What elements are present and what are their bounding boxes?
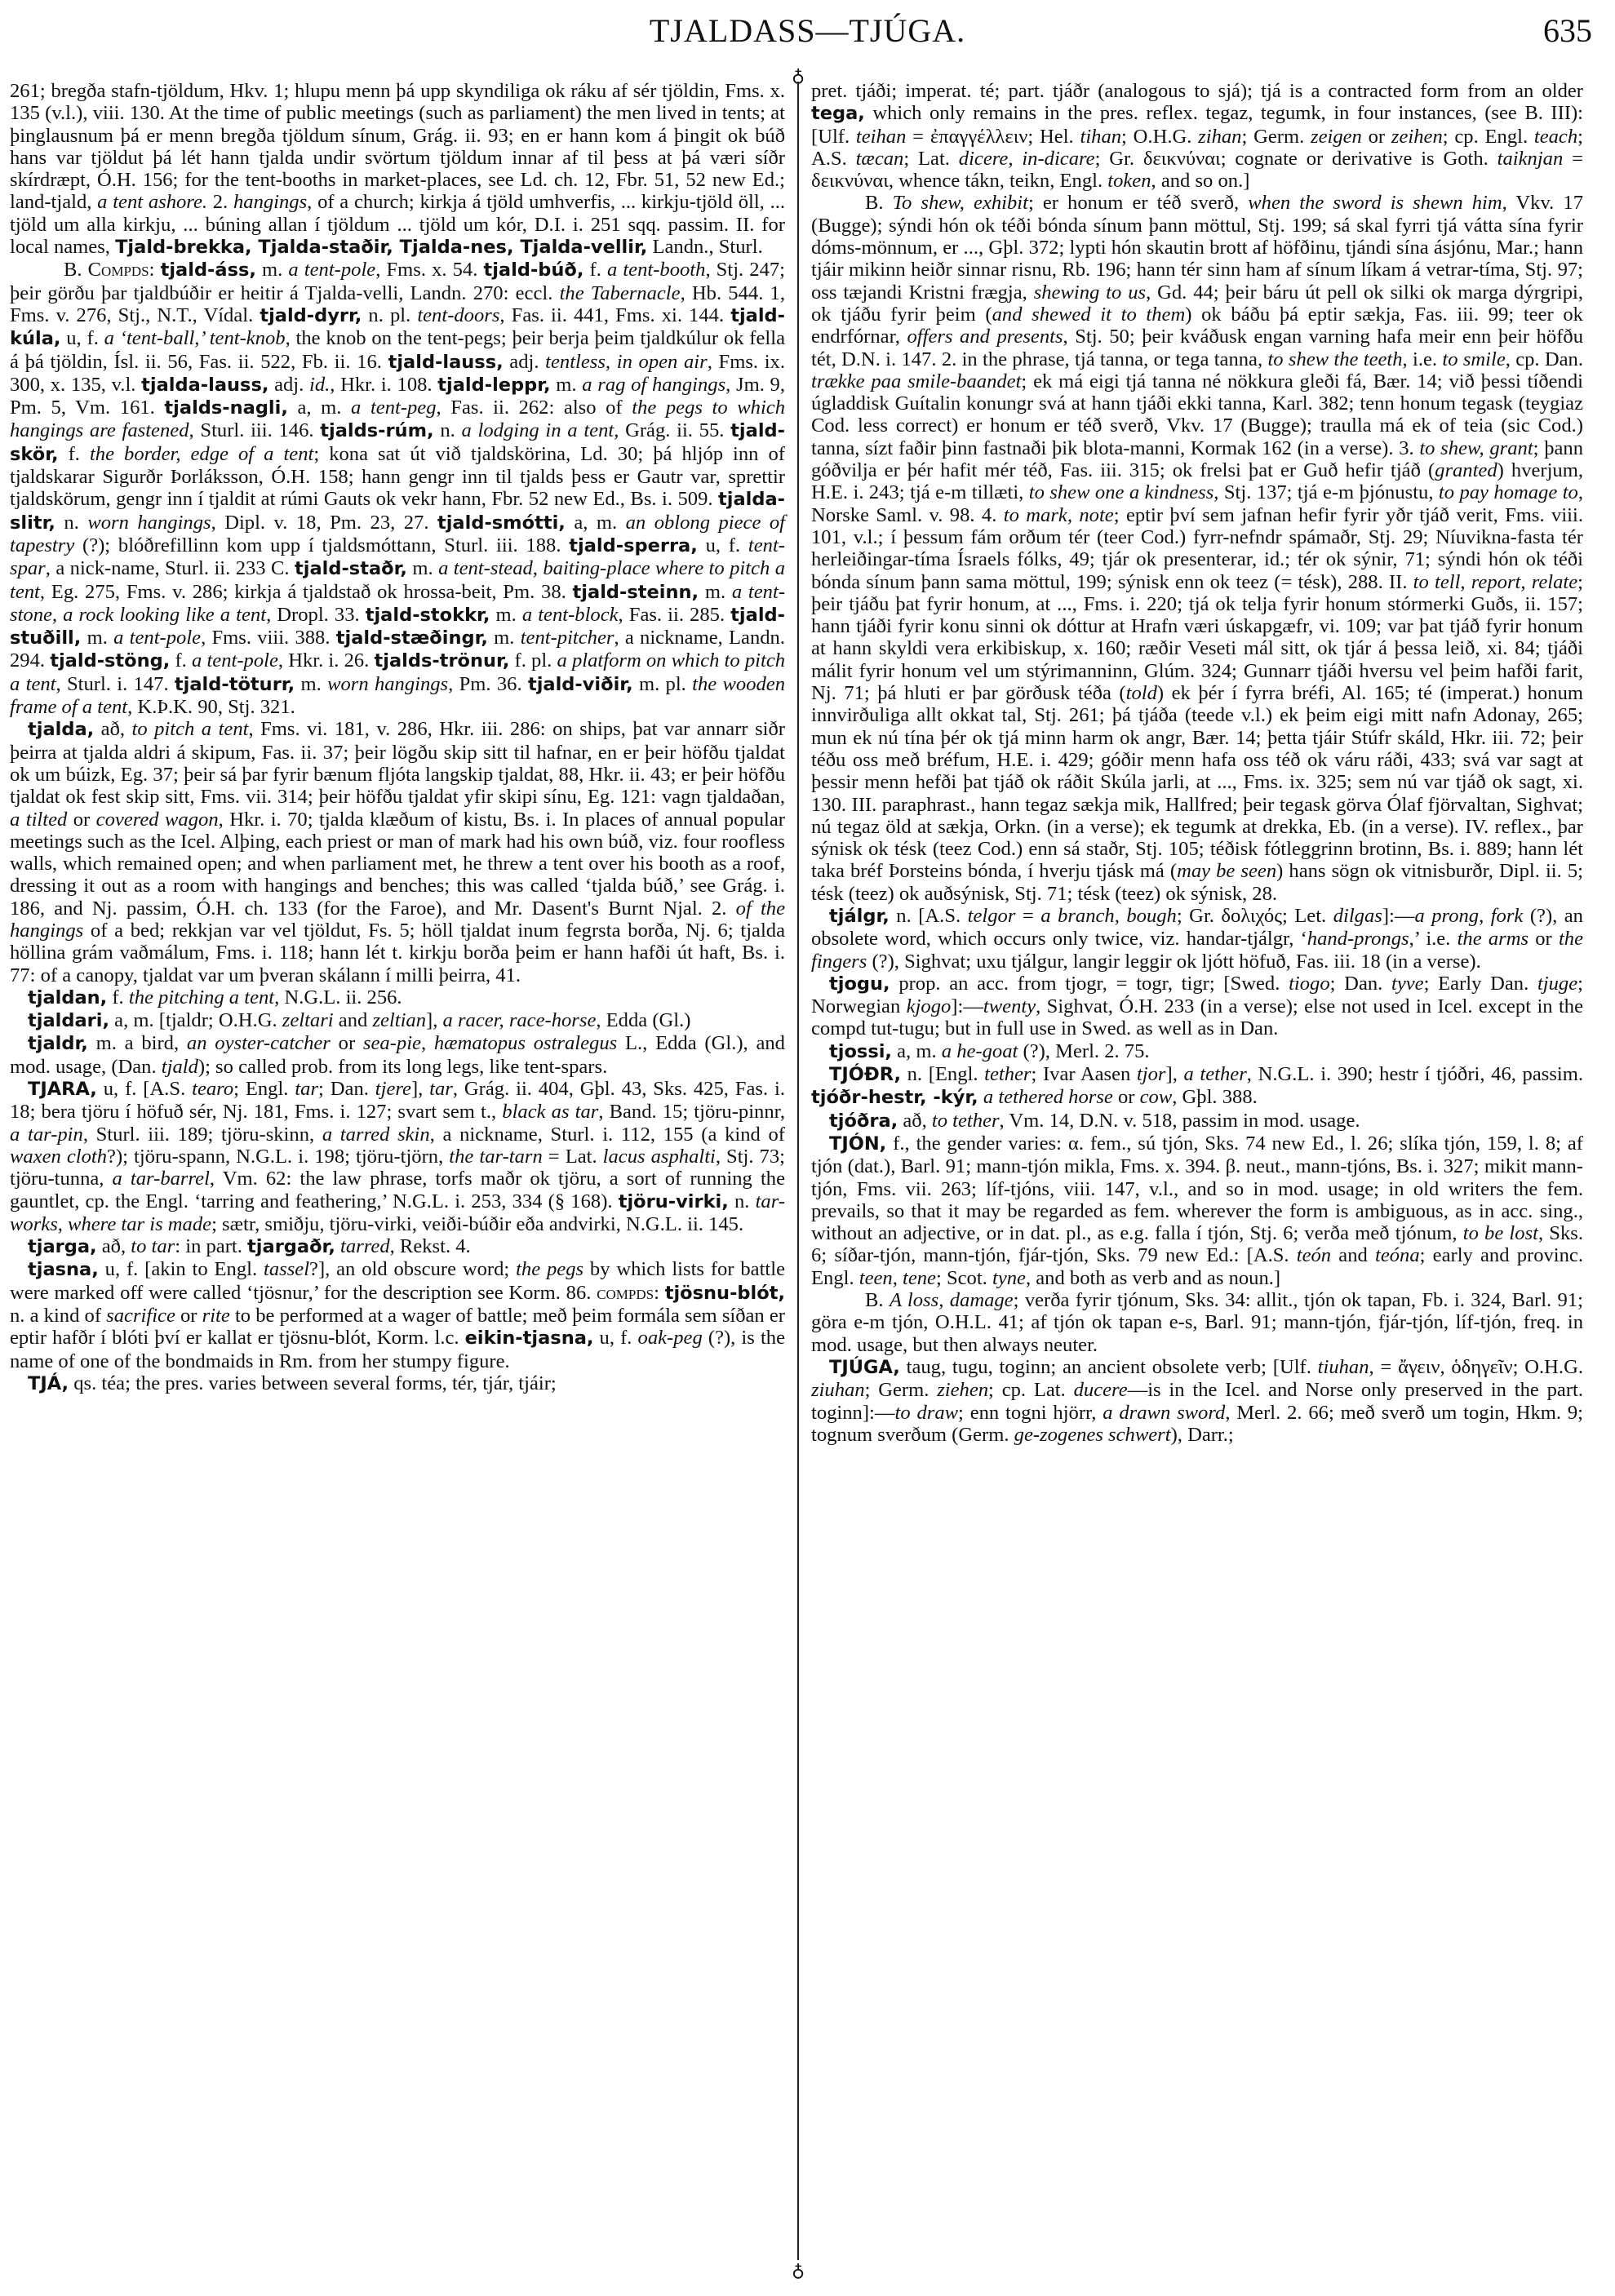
entry-text: m. (81, 627, 113, 649)
entry-text: , and both as verb and as noun.] (1026, 1267, 1280, 1289)
italic-gloss: tyne (992, 1267, 1026, 1289)
italic-gloss: a lodging in a tent (462, 419, 614, 441)
italic-gloss: rite (202, 1305, 230, 1327)
entry-text: að, (97, 1235, 131, 1257)
entry-text: and (1331, 1244, 1375, 1266)
italic-gloss: told (1126, 682, 1157, 704)
entry-text: (?); blóðrefillinn kom upp í tjaldsmótta… (74, 534, 569, 556)
entry-text: , K.Þ.K. 90, Stj. 321. (127, 696, 295, 718)
italic-gloss: a racer, race-horse (443, 1009, 597, 1031)
italic-gloss: tent-doors (417, 304, 499, 326)
entry-text: ; Gr. δολιχός; Let. (1177, 905, 1333, 927)
italic-gloss: to draw (894, 1402, 958, 1424)
italic-gloss: the pegs (516, 1258, 583, 1280)
italic-gloss: to be lost (1463, 1222, 1538, 1244)
italic-gloss: dicere, in-dicare (959, 148, 1095, 170)
italic-gloss: to shew the teeth (1267, 348, 1402, 370)
italic-gloss: A loss, damage (890, 1289, 1014, 1311)
italic-gloss: ducere (1074, 1379, 1128, 1401)
italic-gloss: worn hangings (327, 673, 448, 695)
entry-text: 2. (207, 191, 233, 213)
headword: tjóðr-hestr, -kýr, (811, 1087, 978, 1108)
entry-text: ], (411, 1078, 429, 1100)
entry-text: , Dropl. 33. (266, 604, 366, 626)
entry-text: adj. (504, 351, 546, 373)
headword: tjald-staðr, (295, 558, 407, 579)
entry-text: ]:— (951, 995, 983, 1017)
entry-text: , Sturl. iii. 189; tjöru-skinn, (83, 1124, 322, 1146)
headword: tjaldari, (28, 1010, 109, 1031)
headword: tjálgr, (829, 906, 890, 927)
italic-gloss: zeltari (282, 1009, 334, 1031)
small-caps-label: Compds (88, 259, 149, 281)
headword: tjösnu-blót, (665, 1283, 785, 1304)
entry-text: = ἐπαγγέλλειν; Hel. (906, 126, 1080, 148)
italic-gloss: a tar-pin (10, 1124, 83, 1146)
headword: tjald-leppr, (437, 375, 550, 396)
italic-gloss: a tent-pole (192, 649, 278, 672)
italic-gloss: a drawn sword (1103, 1402, 1225, 1424)
entry-text: , N.G.L. i. 390; hestr í tjóðri, 46, pas… (1247, 1063, 1583, 1085)
headword: tjasna, (28, 1259, 99, 1280)
entry-text: n. [A.S. (890, 905, 968, 927)
small-caps-label: compds (597, 1282, 654, 1304)
entry-text: , Sturl. i. 147. (56, 673, 175, 695)
entry-text: að, (94, 718, 131, 740)
entry-text: B. (64, 259, 88, 281)
dictionary-entry: tjasna, u, f. [akin to Engl. tassel?], a… (10, 1258, 785, 1372)
left-column: 261; bregða stafn-tjöldum, Hkv. 1; hlupu… (10, 80, 785, 1395)
entry-text: f. (170, 649, 192, 672)
entry-text: ,’ i.e. (1409, 928, 1457, 950)
headword: TJÁ, (28, 1373, 69, 1394)
entry-text: , Edda (Gl.) (596, 1009, 690, 1031)
italic-gloss: tyve (1391, 973, 1424, 995)
entry-text: : (149, 259, 161, 281)
entry-text: n. a kind of (10, 1305, 106, 1327)
italic-gloss: a tar-barrel (113, 1168, 210, 1190)
entry-text: n. pl. (362, 304, 417, 326)
italic-gloss: a tent ashore. (97, 191, 207, 213)
italic-gloss: the Tabernacle (560, 282, 681, 304)
entry-text: , Eg. 275, Fms. v. 286; kirkja á tjaldst… (40, 581, 573, 603)
entry-text: = Lat. (543, 1146, 603, 1168)
entry-text: f. (59, 443, 90, 465)
entry-text: or (175, 1305, 202, 1327)
entry-text: , N.G.L. ii. 256. (274, 986, 402, 1008)
entry-text: , Rekst. 4. (390, 1235, 471, 1257)
headword: tjaldr, (28, 1033, 88, 1054)
entry-text: u, f. (593, 1327, 637, 1349)
dictionary-entry: tjóðra, að, to tether, Vm. 14, D.N. v. 5… (811, 1110, 1583, 1132)
entry-text: , Dipl. v. 18, Pm. 23, 27. (211, 512, 437, 534)
headword: tjald-stöng, (50, 650, 170, 672)
entry-text: taug, tugu, toginn; an ancient obsolete … (900, 1356, 1318, 1378)
italic-gloss: ziuhan (811, 1379, 865, 1401)
italic-gloss: trække paa smile-baandet (811, 370, 1021, 392)
headword: tjargaðr, (247, 1236, 335, 1257)
entry-text: f. (583, 259, 607, 281)
headword: tjald-stæðingr, (336, 627, 488, 649)
italic-gloss: tiuhan (1318, 1356, 1369, 1378)
entry-text: ; Gr. δεικνύναι; cognate or derivative i… (1095, 148, 1497, 170)
entry-text: , Vm. 14, D.N. v. 518, passim in mod. us… (1000, 1110, 1360, 1132)
italic-gloss: zeigen (1311, 126, 1362, 148)
dictionary-entry: tjálgr, n. [A.S. telgor = a branch, boug… (811, 905, 1583, 973)
entry-text: ; Engl. (233, 1078, 295, 1100)
italic-gloss: tjuge (1537, 973, 1577, 995)
italic-gloss: a tethered horse (983, 1086, 1113, 1108)
dictionary-entry: TJÚGA, taug, tugu, toginn; an ancient ob… (811, 1356, 1583, 1446)
headword: tjald-búð, (483, 259, 583, 281)
italic-gloss: tiogo (1289, 973, 1330, 995)
headword: tjalda, (28, 719, 94, 740)
entry-text: , Gþl. 388. (1172, 1086, 1258, 1108)
entry-text: u, f. [akin to Engl. (99, 1258, 264, 1280)
italic-gloss: to pay homage to (1439, 481, 1578, 503)
italic-gloss: tæcan (856, 148, 904, 170)
italic-gloss: twenty (983, 995, 1036, 1017)
entry-text: of a bed; rekkjan var vel tjöldut, Fs. 5… (10, 920, 785, 986)
headword: tjogu, (829, 973, 890, 995)
entry-text: , Hkr. i. 26. (278, 649, 375, 672)
italic-gloss: teihan (856, 126, 906, 148)
entry-text: : (654, 1282, 665, 1304)
italic-gloss: a prong, fork (1414, 905, 1523, 927)
entry-text: m. (490, 604, 521, 626)
italic-gloss: tearo (192, 1078, 233, 1100)
entry-text: m. (699, 581, 732, 603)
dictionary-entry: B. To shew, exhibit; er honum er téð sve… (811, 192, 1583, 905)
italic-gloss: a tent-booth (607, 259, 705, 281)
entry-text: , a nick-name, Sturl. ii. 233 C. (46, 557, 295, 579)
italic-gloss: tent-pitcher (521, 627, 614, 649)
entry-text: m. (256, 259, 288, 281)
headword: tjaldan, (28, 987, 107, 1008)
italic-gloss: tether (984, 1063, 1031, 1085)
headword: tjalds-rúm, (320, 420, 433, 441)
right-column: pret. tjáði; imperat. té; part. tjáðr (a… (811, 80, 1583, 1446)
entry-text: and (334, 1009, 373, 1031)
italic-gloss: ziehen (937, 1379, 988, 1401)
entry-text: ); so called prob. from its long legs, l… (198, 1056, 607, 1078)
italic-gloss: covered wagon (96, 809, 219, 831)
entry-text: m. pl. (633, 673, 693, 695)
headword: tjossi, (829, 1041, 892, 1062)
italic-gloss: a tether (1183, 1063, 1246, 1085)
italic-gloss: an oyster-catcher (187, 1032, 331, 1054)
italic-gloss: tjald (162, 1056, 198, 1078)
dictionary-entry: tjalda, að, to pitch a tent, Fms. vi. 18… (10, 718, 785, 986)
italic-gloss: to tell, report, relate (1413, 571, 1577, 593)
italic-gloss: tjere (375, 1078, 411, 1100)
italic-gloss: zeihen (1391, 126, 1443, 148)
entry-text: , Fms. x. 54. (375, 259, 483, 281)
italic-gloss: sea-pie, hæmatopus ostralegus (363, 1032, 617, 1054)
continued-entry: 261; bregða stafn-tjöldum, Hkv. 1; hlupu… (10, 80, 785, 259)
italic-gloss: a tarred skin (322, 1124, 430, 1146)
entry-text: u, f. (698, 534, 748, 556)
entry-text: , Fms. viii. 388. (201, 627, 336, 649)
italic-gloss: token (1107, 170, 1151, 192)
italic-gloss: to smile (1442, 348, 1505, 370)
headword: tjalds-nagli, (164, 397, 287, 419)
entry-text: ; Scot. (936, 1267, 992, 1289)
dictionary-entry: tjaldr, m. a bird, an oyster-catcher or … (10, 1032, 785, 1078)
entry-text: a, m. (892, 1040, 942, 1062)
italic-gloss: a ‘tent-ball,’ tent-knob (104, 327, 286, 349)
entry-text: qs. téa; the pres. varies between severa… (69, 1372, 557, 1394)
italic-gloss: lacus asphalti (603, 1146, 716, 1168)
italic-gloss: sacrifice (106, 1305, 175, 1327)
italic-gloss: waxen cloth (10, 1146, 107, 1168)
italic-gloss: a he-goat (942, 1040, 1018, 1062)
headword: tjalda-lauss, (141, 375, 268, 396)
entry-text: a, m. [tjaldr; O.H.G. (109, 1009, 282, 1031)
entry-text: n. (434, 419, 462, 441)
entry-text: ; Germ. (865, 1379, 938, 1401)
entry-text: , Fas. ii. 441, Fms. xi. 144. (499, 304, 730, 326)
entry-text: , Fas. ii. 285. (619, 604, 731, 626)
headword: tjald-lauss, (388, 352, 504, 373)
entry-text: , Sturl. iii. 146. (189, 419, 321, 441)
italic-gloss: teón (1297, 1244, 1331, 1266)
italic-gloss: a tent-block (522, 604, 619, 626)
italic-gloss: may be seen (1177, 860, 1276, 882)
headword: tjald-steinn, (573, 582, 699, 603)
page-number: 635 (1543, 11, 1592, 50)
italic-gloss: a tent-peg (351, 397, 436, 419)
entry-text: or (67, 809, 95, 831)
headword: TJÓÐR, (829, 1064, 901, 1085)
entry-text: (?), Sighvat; uxu tjálgur, langir leggir… (867, 951, 1480, 973)
italic-gloss: black as tar (502, 1101, 598, 1123)
italic-gloss: the arms (1457, 928, 1528, 950)
italic-gloss: the tar-tarn (449, 1146, 542, 1168)
continued-entry: pret. tjáði; imperat. té; part. tjáðr (a… (811, 80, 1583, 192)
italic-gloss: when the sword is shewn him (1248, 192, 1502, 214)
italic-gloss: tihan (1080, 126, 1121, 148)
entry-text: ), Darr.; (1171, 1424, 1234, 1446)
entry-text: , Hkr. i. 108. (330, 374, 437, 396)
dictionary-entry: tjogu, prop. an acc. from tjogr, = togr,… (811, 973, 1583, 1040)
entry-text: ], (426, 1009, 443, 1031)
italic-gloss: id. (309, 374, 330, 396)
entry-text: = (1015, 905, 1040, 927)
italic-gloss: hangings (233, 191, 307, 213)
entry-text: , a nickname, Sturl. i. 112, 155 (a kind… (430, 1124, 785, 1146)
fleuron-bottom-icon: ♁ (792, 2262, 805, 2280)
entry-text: , cp. Dan. (1506, 348, 1583, 370)
italic-gloss: to shew one a kindness (1029, 481, 1214, 503)
italic-gloss: worn hangings (87, 512, 211, 534)
italic-gloss: tar (429, 1078, 453, 1100)
italic-gloss: to tether (932, 1110, 1000, 1132)
italic-gloss: to mark, note (1004, 504, 1114, 526)
italic-gloss: To shew, exhibit (893, 192, 1028, 214)
entry-text: (?), Merl. 2. 75. (1018, 1040, 1149, 1062)
headword: tjöru-virki, (619, 1191, 729, 1212)
italic-gloss: dilgas (1333, 905, 1382, 927)
italic-gloss: the border, edge of a tent (90, 443, 313, 465)
entry-text: or (1113, 1086, 1140, 1108)
entry-text: , Fas. ii. 262: also of (437, 397, 632, 419)
headword: tjald-smótti, (437, 512, 566, 534)
entry-text: m. (551, 374, 583, 396)
entry-text: ; cp. Engl. (1443, 126, 1534, 148)
dictionary-entry: tjossi, a, m. a he-goat (?), Merl. 2. 75… (811, 1040, 1583, 1063)
entry-text: or (331, 1032, 363, 1054)
italic-gloss: granted (1435, 459, 1497, 481)
entry-text: , Pm. 36. (448, 673, 528, 695)
entry-text: m. (488, 627, 521, 649)
entry-text: m. (295, 673, 327, 695)
italic-gloss: a tent-pole (113, 627, 201, 649)
italic-gloss: teach (1534, 126, 1577, 148)
dictionary-entry: TJÁ, qs. téa; the pres. varies between s… (10, 1372, 785, 1395)
dictionary-entry: TJÓN, f., the gender varies: α. fem., sú… (811, 1132, 1583, 1289)
italic-gloss: to pitch a tent (132, 718, 249, 740)
italic-gloss: kjogo (907, 995, 952, 1017)
entry-text: or (1362, 126, 1391, 148)
headword: TJARA, (28, 1079, 97, 1100)
dictionary-entry: tjaldari, a, m. [tjaldr; O.H.G. zeltari … (10, 1009, 785, 1032)
entry-text: u, f. (60, 327, 104, 349)
headword: TJÓN, (829, 1133, 886, 1155)
entry-text: f. pl. (509, 649, 557, 672)
italic-gloss: and shewed it to them (992, 304, 1186, 326)
entry-text: ; Germ. (1241, 126, 1311, 148)
entry-text: ) ek þér í fyrra bréfi, Al. 165; té (imp… (811, 682, 1583, 882)
entry-text: , and so on.] (1151, 170, 1250, 192)
entry-text: u, f. [A.S. (97, 1078, 192, 1100)
entry-text: B. (865, 1289, 890, 1311)
entry-text: , = ἄγειν, ὁδηγεῖν; O.H.G. (1369, 1356, 1583, 1378)
entry-text: ]:— (1382, 905, 1415, 927)
entry-text: ; enn togni hjörr, (958, 1402, 1103, 1424)
entry-text: , Grág. ii. 55. (614, 419, 730, 441)
headword: Tjald-brekka, Tjalda-staðir, Tjalda-nes,… (115, 237, 647, 258)
entry-text: ], (1166, 1063, 1184, 1085)
italic-gloss: taiknjan (1497, 148, 1564, 170)
entry-text: ; er honum er téð sverð, (1028, 192, 1248, 214)
entry-text: ; Dan. (318, 1078, 375, 1100)
dictionary-entry: B. Compds: tjald-áss, m. a tent-pole, Fm… (10, 259, 785, 718)
italic-gloss: hand-prongs (1307, 928, 1409, 950)
italic-gloss: ge-zogenes schwert (1014, 1424, 1171, 1446)
italic-gloss: tjor (1137, 1063, 1166, 1085)
headword: tjald-áss, (161, 259, 256, 281)
italic-gloss: shewing to us (1034, 281, 1146, 304)
entry-text: ; sætr, smiðju, tjöru-virki, veiði-búðir… (211, 1213, 743, 1235)
entry-text: ; Lat. (903, 148, 958, 170)
italic-gloss: to tar (131, 1235, 175, 1257)
italic-gloss: teen, tene (859, 1267, 936, 1289)
entry-text: prop. an acc. from tjogr, = togr, tigr; … (890, 973, 1289, 995)
entry-text: ; O.H.G. (1121, 126, 1198, 148)
headword: eikin-tjasna, (465, 1328, 594, 1349)
italic-gloss: a rag of hangings (582, 374, 725, 396)
italic-gloss: tarred (340, 1235, 390, 1257)
entry-text: ?], an old obscure word; (309, 1258, 516, 1280)
headword: tjarga, (28, 1236, 97, 1257)
italic-gloss: to shew, grant (1419, 437, 1533, 459)
italic-gloss: oak-peg (638, 1327, 703, 1349)
entry-text: f. (107, 986, 129, 1008)
headword: tjald-sperra, (569, 535, 698, 556)
entry-text: , i.e. (1403, 348, 1443, 370)
dictionary-entry: TJÓÐR, n. [Engl. tether; Ivar Aasen tjor… (811, 1063, 1583, 1110)
italic-gloss: a branch, bough (1040, 905, 1177, 927)
italic-gloss: tentless, in open air (545, 351, 708, 373)
entry-text: : in part. (175, 1235, 247, 1257)
italic-gloss: tar (295, 1078, 318, 1100)
headword: tjald-töturr, (175, 674, 295, 695)
headword: tjald-dyrr, (260, 305, 362, 326)
entry-text: n. (55, 512, 87, 534)
headword: tjald-stokkr, (366, 605, 490, 626)
italic-gloss: tassel (264, 1258, 309, 1280)
entry-text: n. [Engl. (901, 1063, 984, 1085)
italic-gloss: a tent-pole (288, 259, 375, 281)
entry-text: ?); tjöru-spann, N.G.L. i. 198; tjöru-tj… (107, 1146, 449, 1168)
italic-gloss: telgor (968, 905, 1016, 927)
headword: tjóðra, (829, 1110, 898, 1132)
dictionary-entry: tjaldan, f. the pitching a tent, N.G.L. … (10, 986, 785, 1009)
entry-text: Landn., Sturl. (647, 236, 762, 258)
entry-text: ; Early Dan. (1424, 973, 1537, 995)
headword: TJÚGA, (829, 1357, 900, 1378)
entry-text: m. (407, 557, 438, 579)
headword: tjalds-trönur, (374, 650, 509, 672)
italic-gloss: a tilted (10, 809, 67, 831)
dictionary-entry: TJARA, u, f. [A.S. tearo; Engl. tar; Dan… (10, 1078, 785, 1235)
entry-text: B. (865, 192, 893, 214)
italic-gloss: teóna (1375, 1244, 1420, 1266)
entry-text: , Band. 15; tjöru-pinnr, (598, 1101, 785, 1123)
entry-text: ; cp. Lat. (988, 1379, 1074, 1401)
dictionary-entry: tjarga, að, to tar: in part. tjargaðr, t… (10, 1235, 785, 1258)
entry-text: ; Ivar Aasen (1032, 1063, 1137, 1085)
italic-gloss: the pitching a tent (129, 986, 274, 1008)
italic-gloss: zihan (1198, 126, 1241, 148)
entry-text: pret. tjáði; imperat. té; part. tjáðr (a… (811, 80, 1583, 102)
entry-text: adj. (268, 374, 309, 396)
entry-text: a, m. (566, 512, 626, 534)
entry-text: n. (729, 1190, 756, 1212)
entry-text: or (1528, 928, 1559, 950)
entry-text: að, (898, 1110, 932, 1132)
entry-text: ; Dan. (1330, 973, 1391, 995)
headword: tega, (811, 103, 865, 124)
italic-gloss: cow (1140, 1086, 1173, 1108)
headword: tjald-viðir, (528, 674, 633, 695)
column-divider (797, 82, 799, 2260)
italic-gloss: zeltian (372, 1009, 426, 1031)
page-title: TJALDASS—TJÚGA. (0, 11, 1615, 50)
page-header: TJALDASS—TJÚGA. 635 (0, 7, 1615, 64)
entry-text: a, m. (288, 397, 351, 419)
dictionary-entry: B. A loss, damage; verða fyrir tjónum, S… (811, 1289, 1583, 1356)
italic-gloss: offers and presents (907, 326, 1063, 348)
entry-text: , Stj. 137; tjá e-m þjónustu, (1213, 481, 1439, 503)
entry-text: m. a bird, (88, 1032, 187, 1054)
